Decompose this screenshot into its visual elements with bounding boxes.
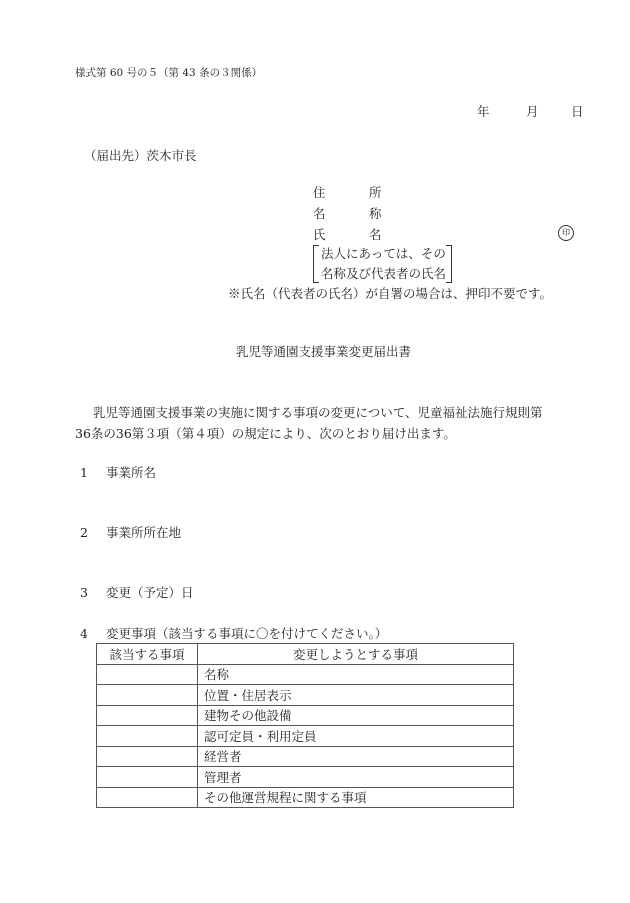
check-cell[interactable]: [97, 787, 198, 808]
check-cell[interactable]: [97, 726, 198, 747]
address-label-2: 所: [369, 185, 382, 200]
change-item-cell: その他運営規程に関する事項: [198, 787, 514, 808]
addressee: （届出先）茨木市長: [84, 148, 197, 164]
item-change-matters: 4変更事項（該当する事項に〇を付けてください。）: [80, 626, 387, 642]
change-item-cell: 経営者: [198, 746, 514, 767]
address-label: 住所: [313, 185, 382, 201]
check-cell[interactable]: [97, 746, 198, 767]
item-label: 事業所所在地: [106, 525, 181, 540]
item-number: 2: [80, 525, 106, 541]
name-label-2: 称: [369, 206, 382, 221]
name-label-1: 名: [313, 206, 369, 222]
check-cell[interactable]: [97, 664, 198, 685]
date-year-label: 年: [477, 104, 490, 120]
table-header-row: 該当する事項 変更しようとする事項: [97, 644, 514, 665]
item-office-address: 2事業所所在地: [80, 525, 181, 541]
person-label-2: 名: [369, 227, 382, 242]
seal-icon: 印: [558, 225, 574, 241]
body-line-1: 乳児等通園支援事業の実施に関する事項の変更について、児童福祉法施行規則第: [75, 402, 595, 423]
header-change-item: 変更しようとする事項: [198, 644, 514, 665]
item-label: 事業所名: [106, 465, 156, 480]
item-label: 変更（予定）日: [106, 585, 194, 600]
document-title: 乳児等通園支援事業変更届出書: [236, 344, 411, 360]
change-item-cell: 建物その他設備: [198, 705, 514, 726]
person-name-label: 氏名: [313, 227, 382, 243]
table-row: 認可定員・利用定員: [97, 726, 514, 747]
address-label-1: 住: [313, 185, 369, 201]
corporate-note-line1: 法人にあっては、その: [321, 244, 446, 264]
item-office-name: 1事業所名: [80, 465, 156, 481]
person-label-1: 氏: [313, 227, 369, 243]
date-day-label: 日: [571, 104, 584, 120]
change-item-cell: 位置・住居表示: [198, 685, 514, 706]
item-number: 1: [80, 465, 106, 481]
change-item-cell: 名称: [198, 664, 514, 685]
seal-note: ※氏名（代表者の氏名）が自署の場合は、押印不要です。: [228, 286, 552, 302]
change-matters-table: 該当する事項 変更しようとする事項 名称 位置・住居表示 建物その他設備 認可定…: [96, 643, 514, 808]
body-line-2: 36条の36第３項（第４項）の規定により、次のとおり届け出ます。: [75, 423, 595, 444]
item-change-date: 3変更（予定）日: [80, 585, 194, 601]
date-month-label: 月: [526, 104, 539, 120]
item-number: 4: [80, 626, 106, 642]
header-applicable: 該当する事項: [97, 644, 198, 665]
table-row: 名称: [97, 664, 514, 685]
name-label: 名称: [313, 206, 382, 222]
body-text: 乳児等通園支援事業の実施に関する事項の変更について、児童福祉法施行規則第 36条…: [75, 402, 595, 444]
form-number: 様式第 60 号の５（第 43 条の３関係）: [75, 66, 262, 80]
table-row: 経営者: [97, 746, 514, 767]
change-item-cell: 認可定員・利用定員: [198, 726, 514, 747]
check-cell[interactable]: [97, 705, 198, 726]
table-row: 建物その他設備: [97, 705, 514, 726]
check-cell[interactable]: [97, 685, 198, 706]
check-cell[interactable]: [97, 767, 198, 788]
table-row: 位置・住居表示: [97, 685, 514, 706]
corporate-note-line2: 名称及び代表者の氏名: [321, 264, 446, 284]
corporate-note: 法人にあっては、その 名称及び代表者の氏名: [313, 244, 452, 284]
item-number: 3: [80, 585, 106, 601]
table-row: その他運営規程に関する事項: [97, 787, 514, 808]
table-row: 管理者: [97, 767, 514, 788]
change-item-cell: 管理者: [198, 767, 514, 788]
item-label: 変更事項（該当する事項に〇を付けてください。）: [106, 626, 387, 641]
